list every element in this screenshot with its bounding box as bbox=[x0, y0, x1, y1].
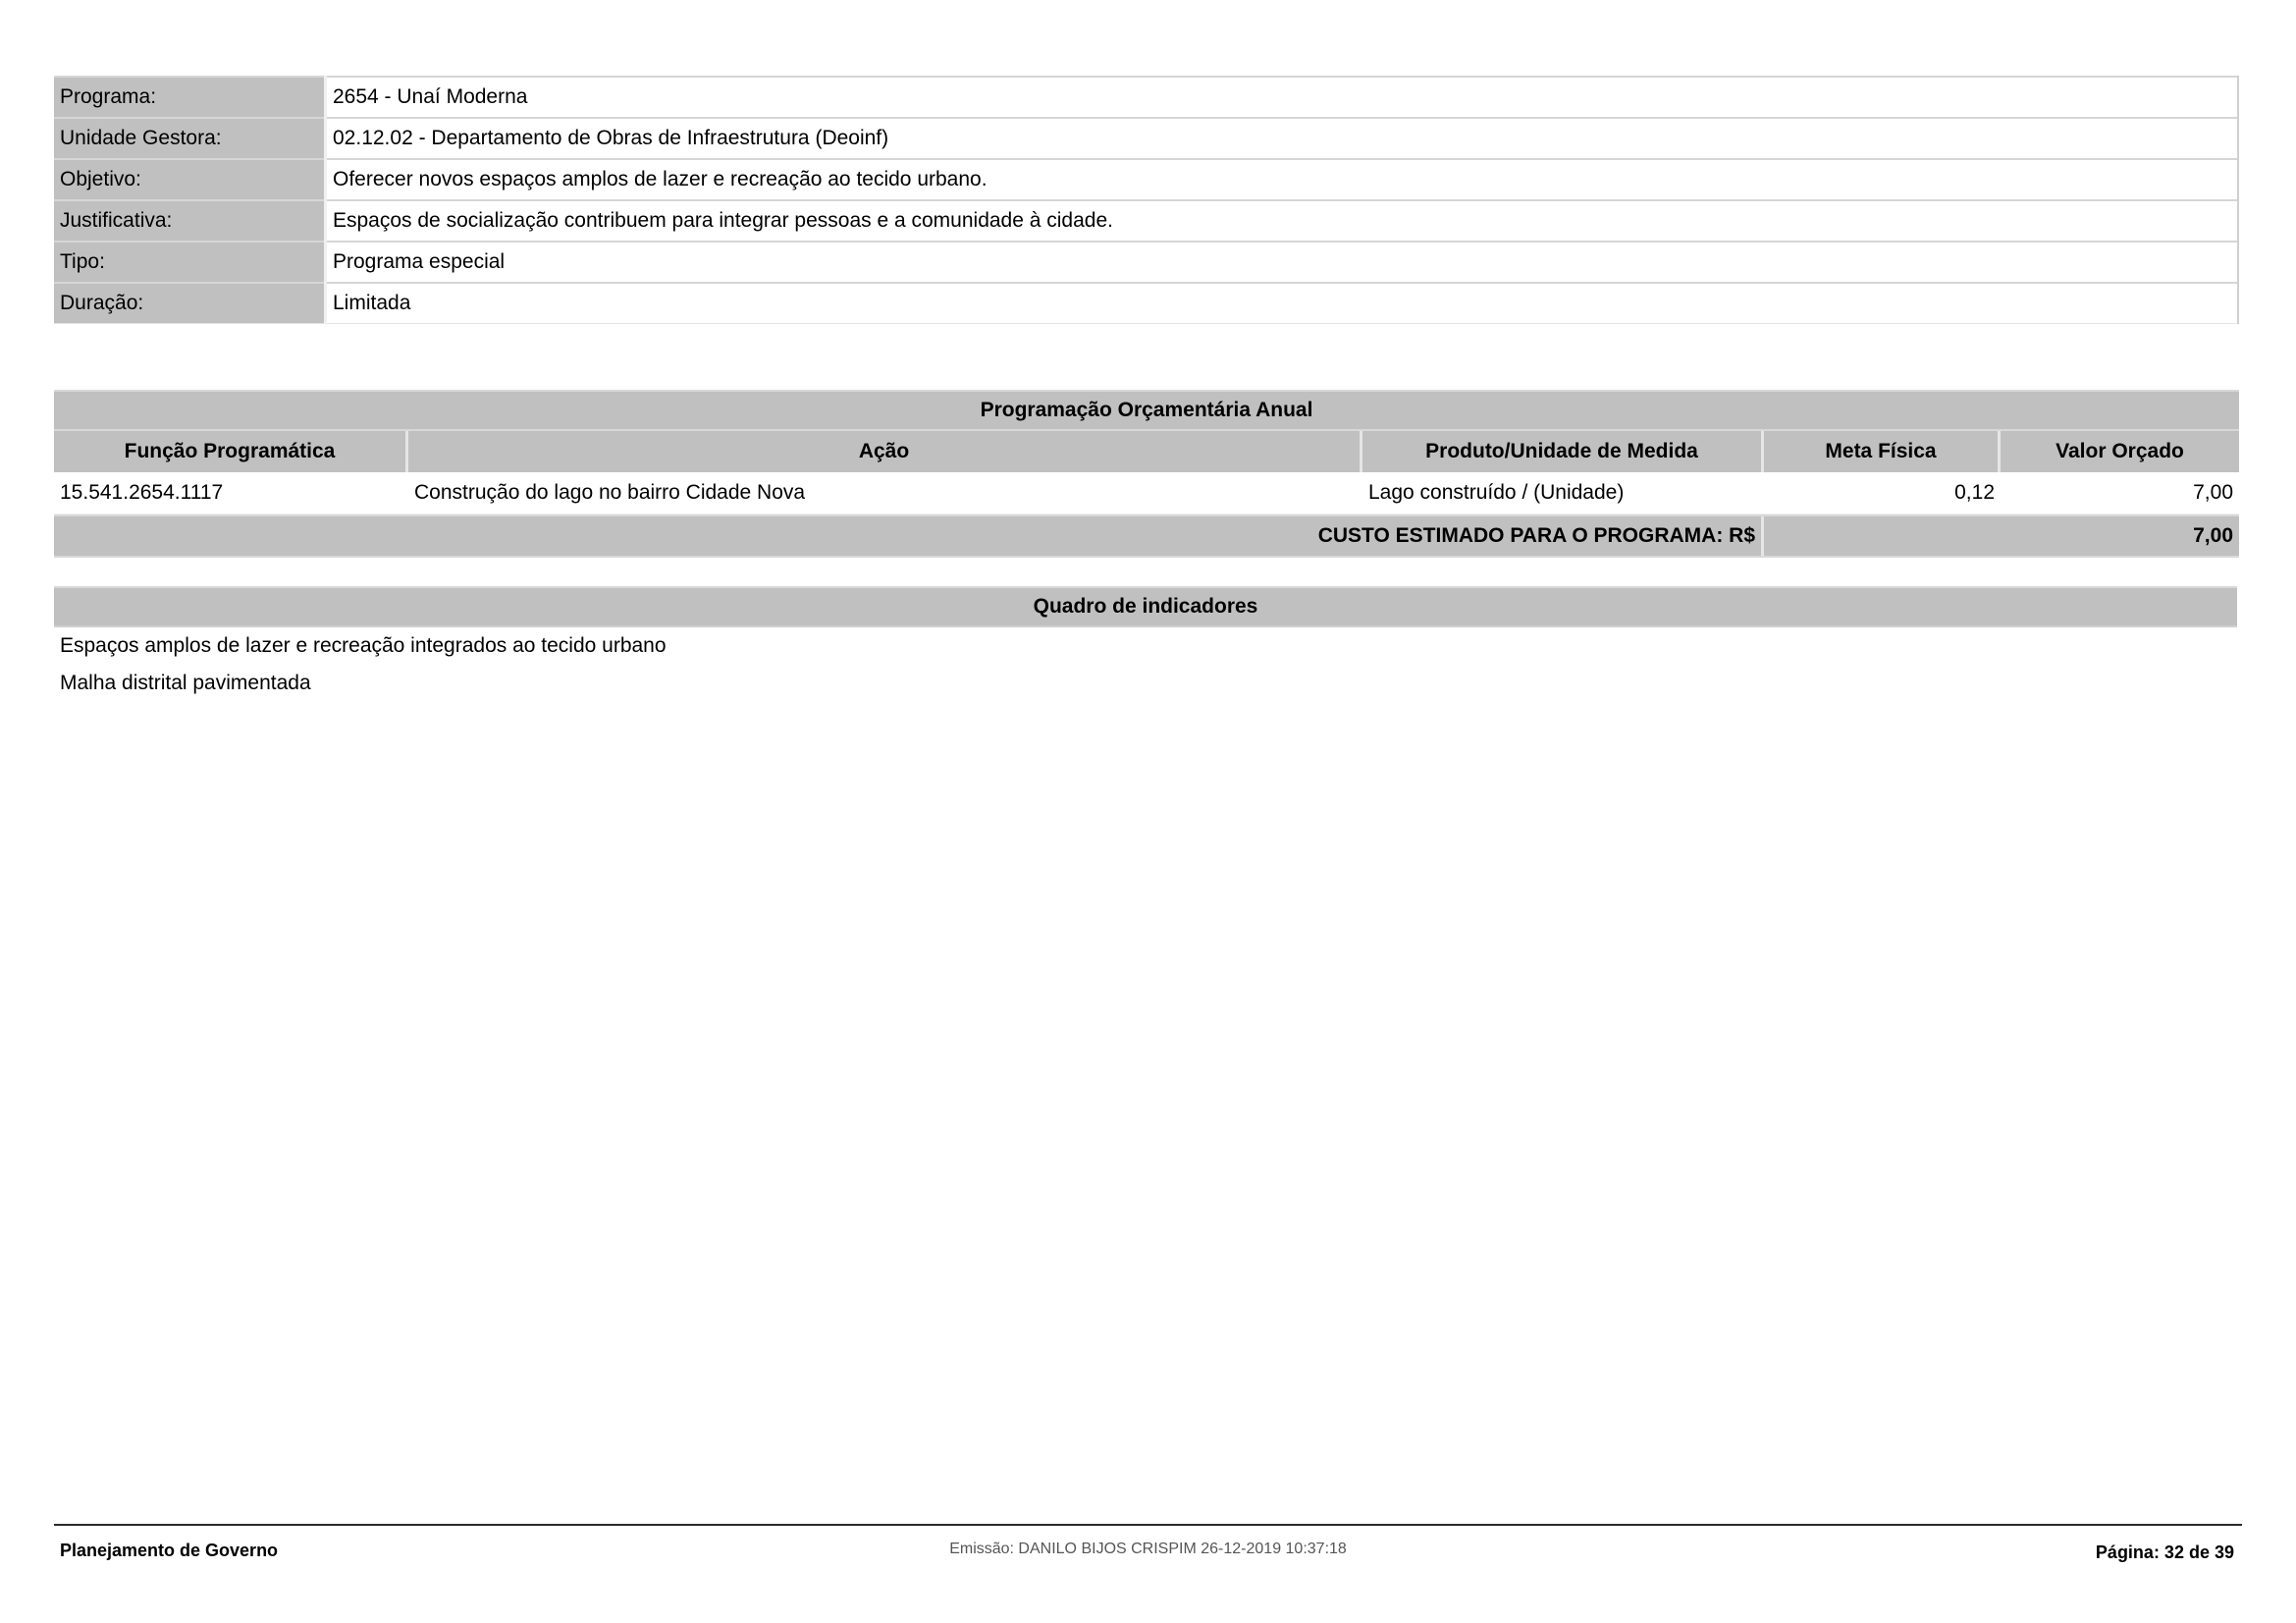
program-info-table: Programa: 2654 - Unaí Moderna Unidade Ge… bbox=[54, 76, 2239, 324]
info-label: Programa: bbox=[54, 77, 326, 118]
info-row-tipo: Tipo: Programa especial bbox=[54, 242, 2238, 283]
info-value: Programa especial bbox=[326, 242, 2239, 283]
list-item: Malha distrital pavimentada bbox=[54, 665, 2237, 702]
column-header-produto: Produto/Unidade de Medida bbox=[1362, 431, 1764, 472]
page-footer: Planejamento de Governo Emissão: DANILO … bbox=[54, 1537, 2242, 1566]
cell-acao: Construção do lago no bairro Cidade Nova bbox=[408, 472, 1362, 514]
info-label: Duração: bbox=[54, 283, 326, 324]
info-value: Limitada bbox=[326, 283, 2239, 324]
info-row-objetivo: Objetivo: Oferecer novos espaços amplos … bbox=[54, 159, 2238, 200]
indicators-section: Quadro de indicadores Espaços amplos de … bbox=[54, 586, 2237, 702]
cell-produto: Lago construído / (Unidade) bbox=[1362, 472, 1764, 514]
info-value: 02.12.02 - Departamento de Obras de Infr… bbox=[326, 118, 2239, 159]
budget-table-title: Programação Orçamentária Anual bbox=[54, 390, 2239, 431]
budget-table-header: Função Programática Ação Produto/Unidade… bbox=[54, 431, 2239, 472]
column-header-meta: Meta Física bbox=[1764, 431, 2001, 472]
info-value: Oferecer novos espaços amplos de lazer e… bbox=[326, 159, 2239, 200]
page-number: Página: 32 de 39 bbox=[2096, 1539, 2234, 1566]
info-row-unidade-gestora: Unidade Gestora: 02.12.02 - Departamento… bbox=[54, 118, 2238, 159]
footer-emission: Emissão: DANILO BIJOS CRISPIM 26-12-2019… bbox=[54, 1537, 2242, 1562]
info-label: Unidade Gestora: bbox=[54, 118, 326, 159]
indicators-title: Quadro de indicadores bbox=[54, 586, 2237, 627]
cell-funcao: 15.541.2654.1117 bbox=[54, 472, 408, 514]
cell-valor: 7,00 bbox=[2001, 472, 2239, 514]
info-row-justificativa: Justificativa: Espaços de socialização c… bbox=[54, 200, 2238, 242]
info-row-duracao: Duração: Limitada bbox=[54, 283, 2238, 324]
table-row: 15.541.2654.1117 Construção do lago no b… bbox=[54, 472, 2239, 514]
cell-meta: 0,12 bbox=[1764, 472, 2001, 514]
list-item: Espaços amplos de lazer e recreação inte… bbox=[54, 627, 2237, 665]
column-header-valor: Valor Orçado bbox=[2001, 431, 2239, 472]
info-value: 2654 - Unaí Moderna bbox=[326, 77, 2239, 118]
column-header-funcao: Função Programática bbox=[54, 431, 408, 472]
total-label: CUSTO ESTIMADO PARA O PROGRAMA: R$ bbox=[54, 516, 1764, 556]
budget-total-row: CUSTO ESTIMADO PARA O PROGRAMA: R$ 7,00 bbox=[54, 514, 2239, 558]
column-header-acao: Ação bbox=[408, 431, 1362, 472]
info-label: Tipo: bbox=[54, 242, 326, 283]
total-value: 7,00 bbox=[1764, 516, 2239, 556]
footer-divider bbox=[54, 1524, 2242, 1526]
budget-table: Programação Orçamentária Anual Função Pr… bbox=[54, 390, 2239, 558]
info-value: Espaços de socialização contribuem para … bbox=[326, 200, 2239, 242]
info-label: Justificativa: bbox=[54, 200, 326, 242]
info-label: Objetivo: bbox=[54, 159, 326, 200]
info-row-programa: Programa: 2654 - Unaí Moderna bbox=[54, 77, 2238, 118]
